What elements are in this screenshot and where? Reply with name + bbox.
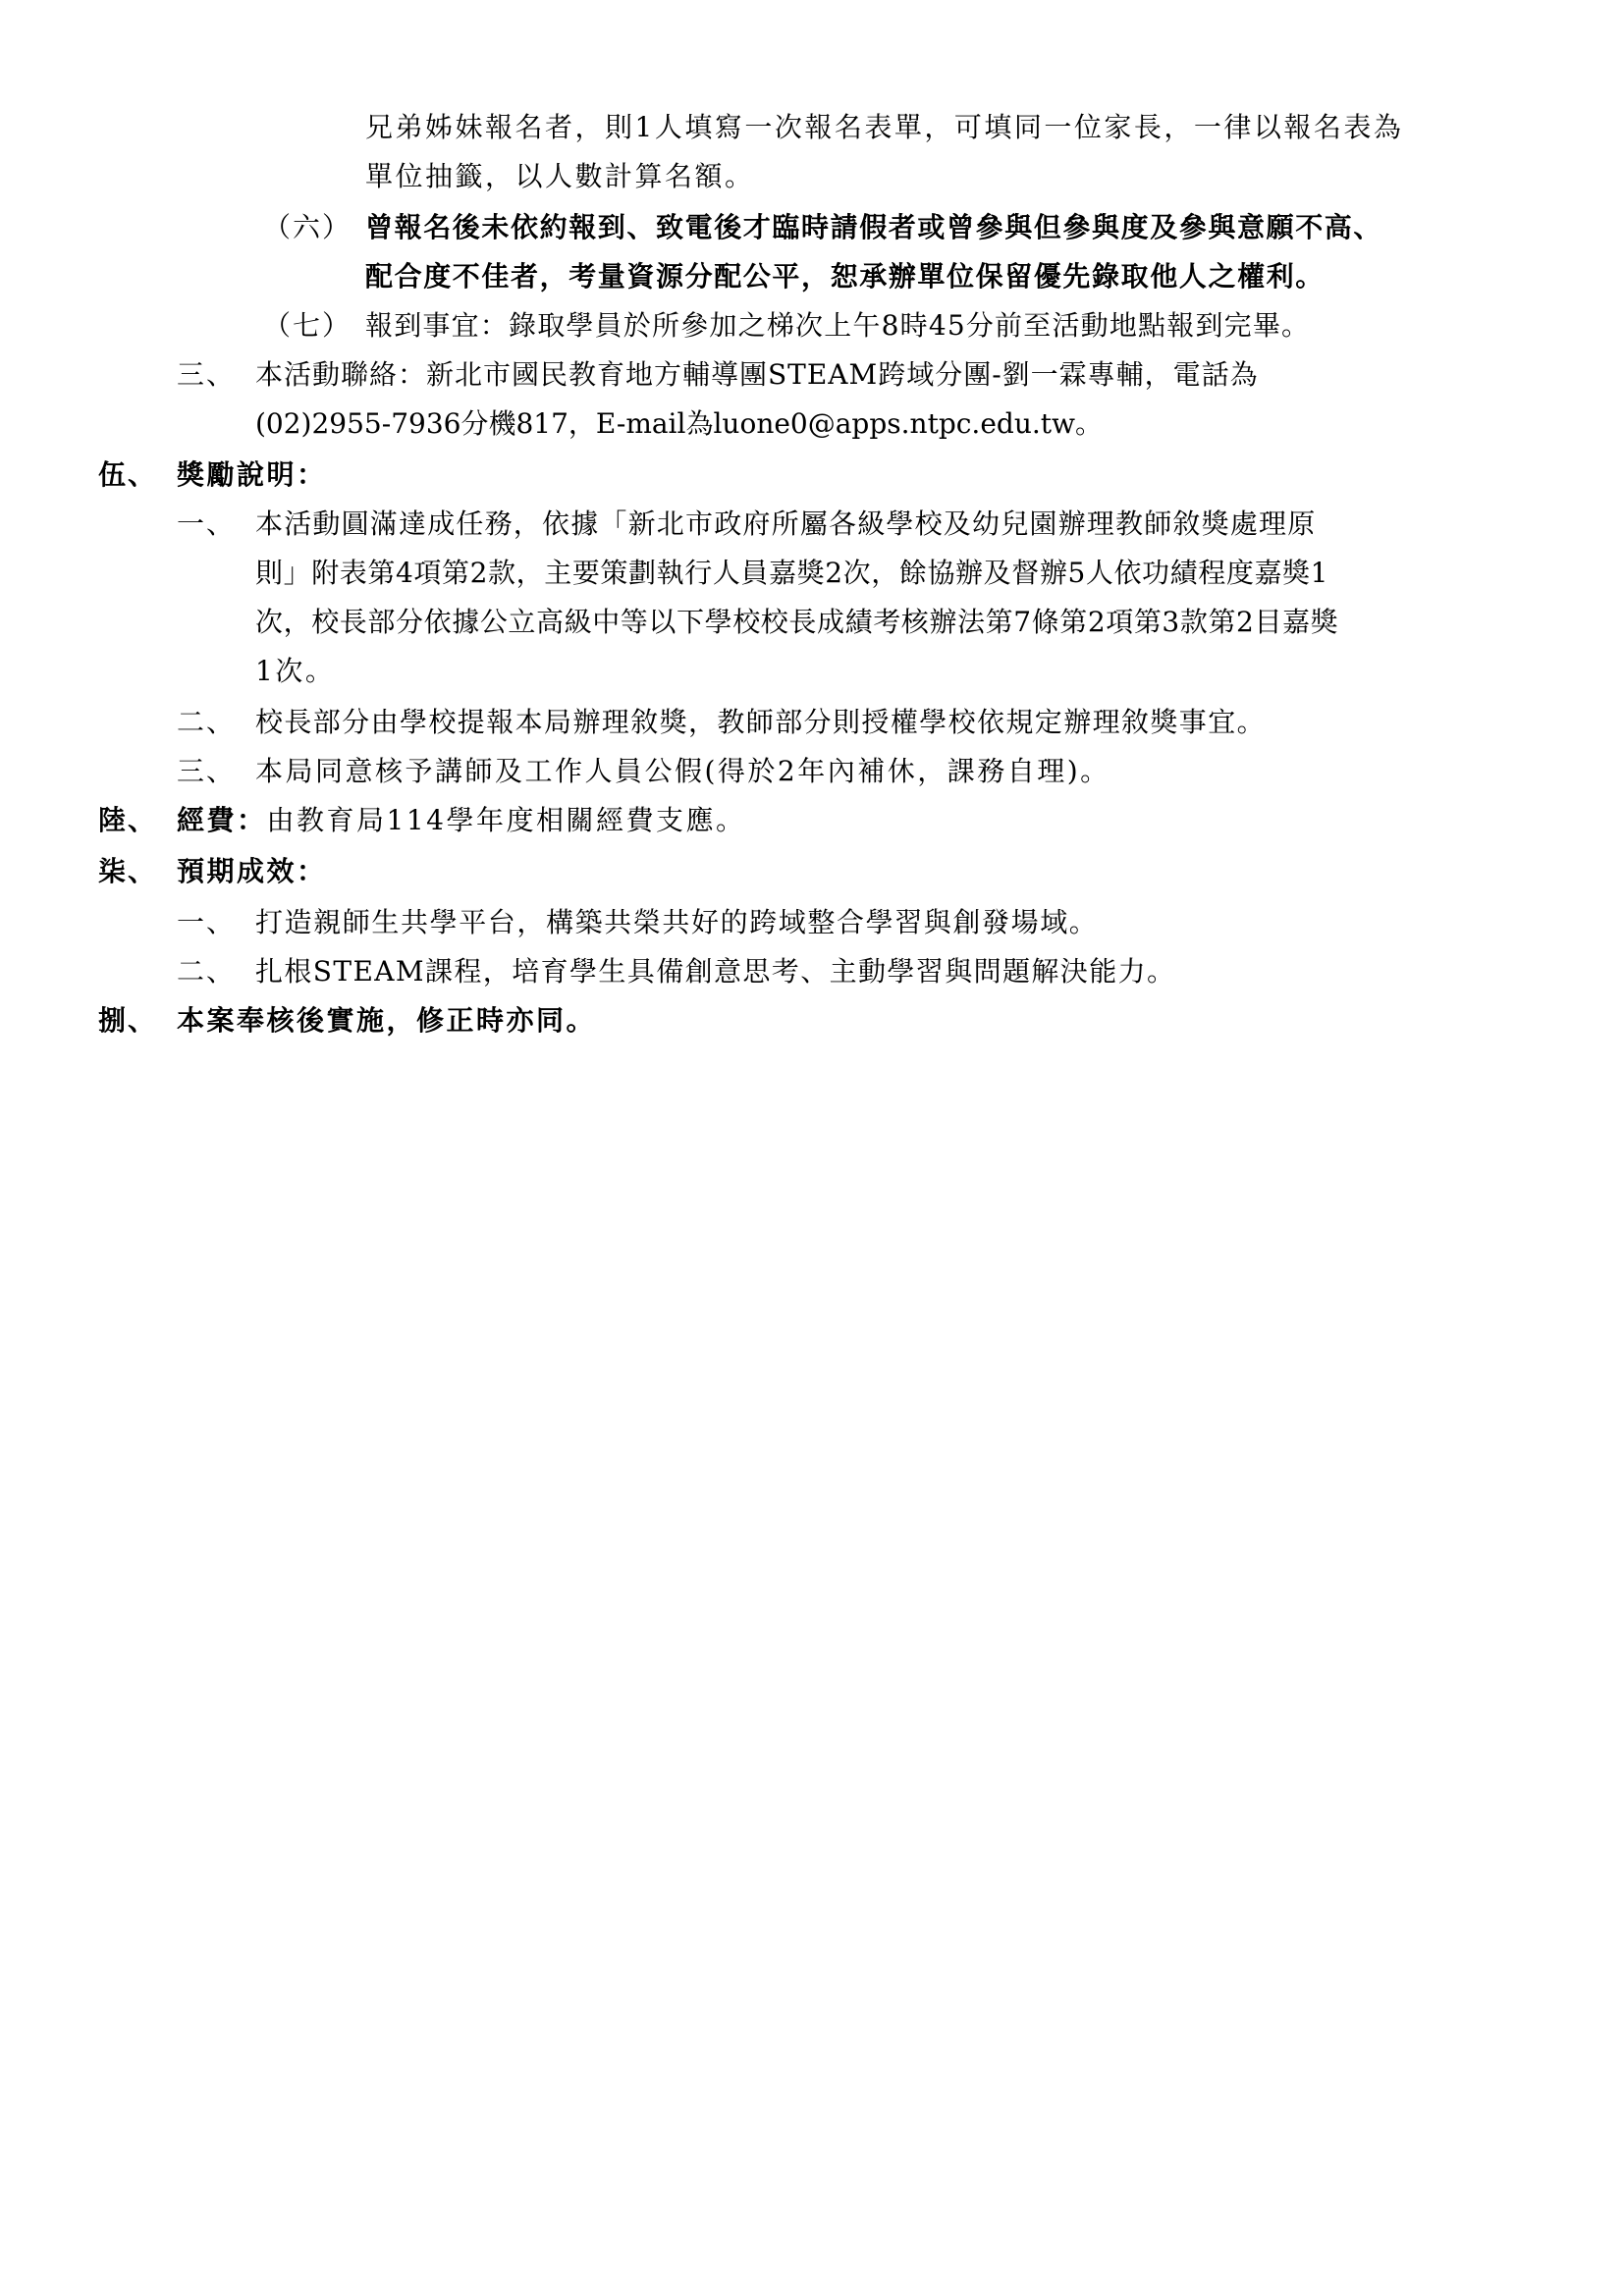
list-marker: 一、 (177, 505, 236, 544)
reward-line: 本局同意核予講師及工作人員公假(得於2年內補休，課務自理)。 (255, 752, 1110, 791)
contact-line: 本活動聯絡：新北市國民教育地方輔導團STEAM跨域分團-劉一霖專輔，電話為 (255, 355, 1259, 395)
outcome-line: 扎根STEAM課程，培育學生具備創意思考、主動學習與問題解決能力。 (255, 952, 1175, 991)
list-marker: 二、 (177, 703, 236, 742)
section-marker: 伍、 (98, 455, 157, 495)
section-marker: 陸、 (98, 801, 157, 840)
reward-line: 次，校長部分依據公立高級中等以下學校校長成績考核辦法第7條第2項第3款第2目嘉獎 (255, 603, 1338, 642)
paragraph-line: 單位抽籤，以人數計算名額。 (365, 157, 755, 196)
section-marker: 捌、 (98, 1001, 157, 1041)
list-marker: 三、 (177, 752, 236, 791)
section-heading: 本案奉核後實施，修正時亦同。 (177, 1001, 596, 1041)
list-marker: 三、 (177, 355, 236, 395)
funding-line: 經費：由教育局114學年度相關經費支應。 (177, 801, 745, 840)
reward-line: 本活動圓滿達成任務，依據「新北市政府所屬各級學校及幼兒園辦理教師敘獎處理原 (255, 505, 1316, 544)
notice-line: 配合度不佳者，考量資源分配公平，恕承辦單位保留優先錄取他人之權利。 (365, 257, 1325, 296)
section-heading: 獎勵說明： (177, 455, 327, 495)
list-marker: （六） (263, 208, 352, 247)
funding-text: 由教育局114學年度相關經費支應。 (267, 804, 746, 836)
notice-line: 曾報名後未依約報到、致電後才臨時請假者或曾參與但參與度及參與意願不高、 (365, 208, 1382, 247)
section-heading: 預期成效： (177, 852, 327, 891)
outcome-line: 打造親師生共學平台，構築共榮共好的跨域整合學習與創發場域。 (255, 903, 1098, 942)
paragraph-line: 兄弟姊妹報名者，則1人填寫一次報名表單，可填同一位家長，一律以報名表為 (365, 108, 1403, 147)
section-marker: 柒、 (98, 852, 157, 891)
contact-line: (02)2955-7936分機817，E-mail為luone0@apps.nt… (255, 404, 1103, 444)
list-marker: 一、 (177, 903, 236, 942)
list-marker: 二、 (177, 952, 236, 991)
reward-line: 則」附表第4項第2款，主要策劃執行人員嘉獎2次，餘協辦及督辦5人依功績程度嘉獎1 (255, 554, 1328, 593)
reward-line: 校長部分由學校提報本局辦理敘獎，教師部分則授權學校依規定辦理敘獎事宜。 (255, 703, 1266, 742)
document-page: 兄弟姊妹報名者，則1人填寫一次報名表單，可填同一位家長，一律以報名表為 單位抽籤… (0, 0, 1624, 2296)
list-marker: （七） (263, 306, 352, 346)
reward-line: 1次。 (255, 652, 335, 691)
section-heading: 經費： (177, 804, 267, 836)
check-in-text: 報到事宜：錄取學員於所參加之梯次上午8時45分前至活動地點報到完畢。 (365, 306, 1310, 346)
